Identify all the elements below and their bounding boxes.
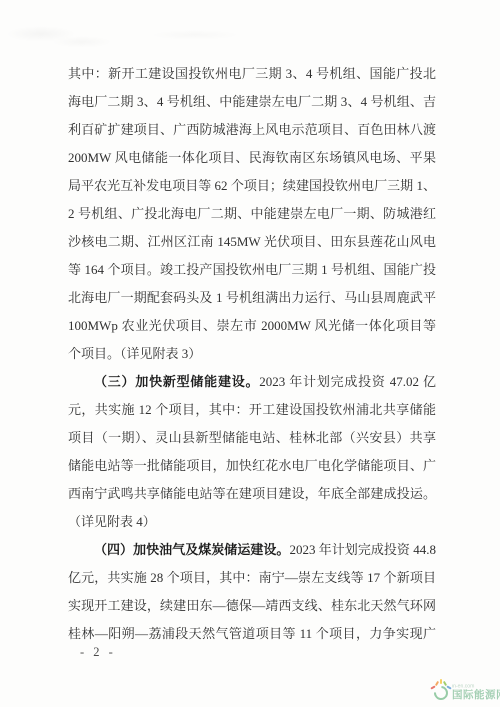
text-line: （三）加快新型储能建设。2023 年计划完成投资 47.02 亿 xyxy=(68,368,436,396)
text-segment: 北海电厂一期配套码头及 1 号机组满出力运行、马山县周鹿武平 xyxy=(68,290,436,305)
text-line: 200MW 风电储能一体化项目、民海钦南区东场镇风电场、平果市 xyxy=(68,144,436,172)
text-segment: 桂林—阳朔—荔浦段天然气管道项目等 11 个项目，力争实现广 xyxy=(68,626,436,641)
watermark-site-name: 国际能源网 xyxy=(452,690,498,702)
text-segment: 项目（一期）、灵山县新型储能电站、桂林北部（兴安县）共享 xyxy=(68,430,436,445)
text-segment: 2 号机组、广投北海电厂二期、中能建崇左电厂一期、防城港红 xyxy=(68,206,436,221)
text-segment: 海电厂二期 3、4 号机组、中能建崇左电厂二期 3、4 号机组、吉 xyxy=(68,94,436,109)
text-line: 实现开工建设，续建田东—德保—靖西支线、桂东北天然气环网 xyxy=(68,592,436,620)
text-segment: 局平农光互补发电项目等 62 个项目；续建国投钦州电厂三期 1、 xyxy=(68,178,436,193)
text-line: 元，共实施 12 个项目，其中：开工建设国投钦州浦北共享储能 xyxy=(68,396,436,424)
text-segment: 实现开工建设，续建田东—德保—靖西支线、桂东北天然气环网 xyxy=(68,598,436,613)
text-segment: 等 164 个项目。竣工投产国投钦州电厂三期 1 号机组、国能广投 xyxy=(68,262,436,277)
scan-artifact xyxy=(6,26,76,42)
bold-heading-text: （三）加快新型储能建设。 xyxy=(94,374,259,389)
text-segment: 其中：新开工建设国投钦州电厂三期 3、4 号机组、国能广投北 xyxy=(68,66,436,81)
watermark-logo: in-en.com 国际能源网 xyxy=(432,668,498,704)
text-segment: 100MWp 农业光伏项目、崇左市 2000MW 风光储一体化项目等 111 xyxy=(68,318,436,340)
text-line: 海电厂二期 3、4 号机组、中能建崇左电厂二期 3、4 号机组、吉 xyxy=(68,88,436,116)
text-line: （四）加快油气及煤炭储运建设。2023 年计划完成投资 44.8 xyxy=(68,536,436,564)
text-segment: 2023 年计划完成投资 44.8 xyxy=(289,542,436,557)
text-line: 等 164 个项目。竣工投产国投钦州电厂三期 1 号机组、国能广投 xyxy=(68,256,436,284)
text-line: 局平农光互补发电项目等 62 个项目；续建国投钦州电厂三期 1、 xyxy=(68,172,436,200)
watermark-text-block: in-en.com 国际能源网 xyxy=(452,683,498,702)
text-line: 桂林—阳朔—荔浦段天然气管道项目等 11 个项目，力争实现广 xyxy=(68,620,436,648)
page-number: - 2 - xyxy=(80,645,116,660)
text-line: 项目（一期）、灵山县新型储能电站、桂林北部（兴安县）共享 xyxy=(68,424,436,452)
document-body: 其中：新开工建设国投钦州电厂三期 3、4 号机组、国能广投北海电厂二期 3、4 … xyxy=(68,60,436,648)
text-line: 100MWp 农业光伏项目、崇左市 2000MW 风光储一体化项目等 111 xyxy=(68,312,436,340)
text-line: 个项目。（详见附表 3） xyxy=(68,340,436,368)
scan-artifact xyxy=(52,36,112,48)
scan-artifact xyxy=(150,30,240,40)
text-segment: （详见附表 4） xyxy=(68,514,156,529)
text-line: 沙核电二期、江州区江南 145MW 光伏项目、田东县莲花山风电场 xyxy=(68,228,436,256)
text-segment: 元，共实施 12 个项目，其中：开工建设国投钦州浦北共享储能 xyxy=(68,402,436,417)
watermark-domain-text: in-en.com xyxy=(452,684,491,690)
text-line: 亿元，共实施 28 个项目，其中：南宁—崇左支线等 17 个新项目 xyxy=(68,564,436,592)
text-line: （详见附表 4） xyxy=(68,508,436,536)
text-line: 西南宁武鸣共享储能电站等在建项目建设，年底全部建成投运。 xyxy=(68,480,436,508)
text-segment: 200MW 风电储能一体化项目、民海钦南区东场镇风电场、平果市 xyxy=(68,150,436,172)
text-segment: 个项目。（详见附表 3） xyxy=(68,346,201,361)
text-line: 2 号机组、广投北海电厂二期、中能建崇左电厂一期、防城港红 xyxy=(68,200,436,228)
text-segment: 储能电站等一批储能项目，加快红花水电厂电化学储能项目、广 xyxy=(68,458,436,473)
sun-ray-yellow xyxy=(440,679,442,684)
bold-heading-text: （四）加快油气及煤炭储运建设。 xyxy=(94,542,289,557)
scanned-document-page: 其中：新开工建设国投钦州电厂三期 3、4 号机组、国能广投北海电厂二期 3、4 … xyxy=(0,0,500,707)
text-segment: 沙核电二期、江州区江南 145MW 光伏项目、田东县莲花山风电场 xyxy=(68,234,436,256)
text-segment: 利百矿扩建项目、广西防城港海上风电示范项目、百色田林八渡 xyxy=(68,122,436,137)
text-line: 储能电站等一批储能项目，加快红花水电厂电化学储能项目、广 xyxy=(68,452,436,480)
text-segment: 亿元，共实施 28 个项目，其中：南宁—崇左支线等 17 个新项目 xyxy=(68,570,436,585)
text-line: 北海电厂一期配套码头及 1 号机组满出力运行、马山县周鹿武平 xyxy=(68,284,436,312)
sun-rays-icon xyxy=(432,678,450,700)
text-line: 利百矿扩建项目、广西防城港海上风电示范项目、百色田林八渡 xyxy=(68,116,436,144)
text-segment: 2023 年计划完成投资 47.02 亿 xyxy=(259,374,436,389)
text-line: 其中：新开工建设国投钦州电厂三期 3、4 号机组、国能广投北 xyxy=(68,60,436,88)
text-segment: 西南宁武鸣共享储能电站等在建项目建设，年底全部建成投运。 xyxy=(68,486,436,501)
